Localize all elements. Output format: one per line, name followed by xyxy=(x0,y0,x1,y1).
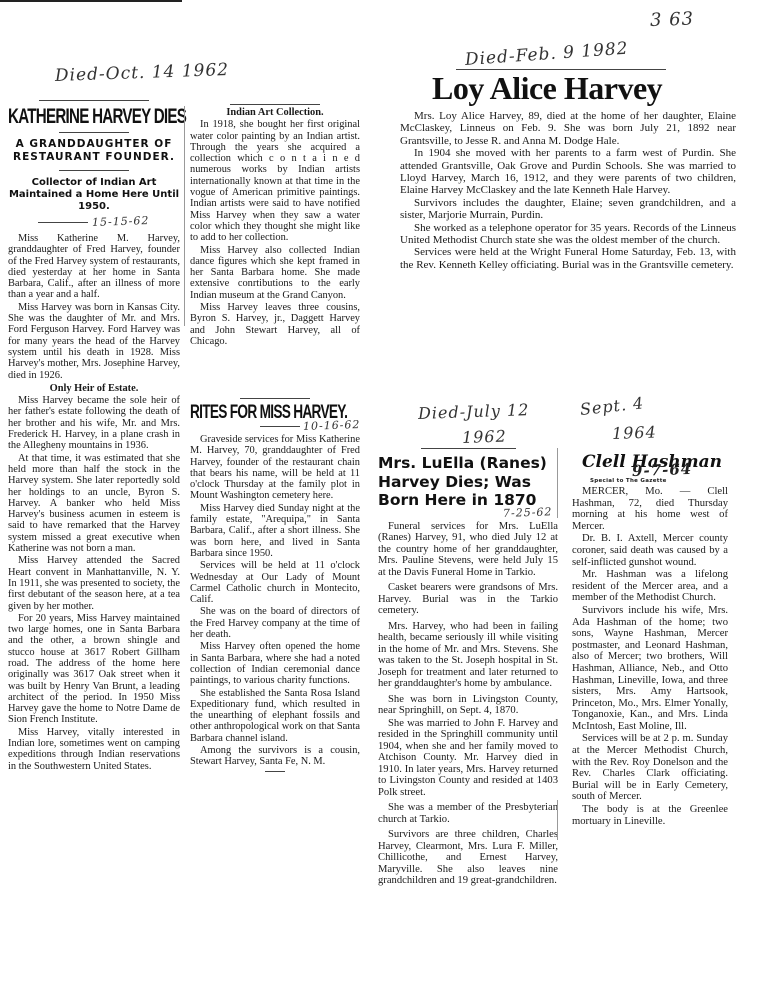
paragraph: Miss Harvey, vitally interested in India… xyxy=(8,727,180,772)
page-number-note: 3 63 xyxy=(650,8,695,31)
katherine-deck-2: Collector of Indian Art Maintained a Hom… xyxy=(8,177,180,213)
handwritten-death-date: Died-Feb. 9 1982 xyxy=(464,39,629,70)
divider xyxy=(240,398,310,399)
katherine-harvey-clipping: KATHERINE HARVEY DIES A GRANDDAUGHTER OF… xyxy=(8,100,180,772)
paragraph: She was on the board of directors of the… xyxy=(190,606,360,640)
paragraph: Graveside services for Miss Katherine M.… xyxy=(190,434,360,502)
headline-row: Clell Hashman 9-7-64 xyxy=(572,452,728,476)
divider xyxy=(59,132,129,133)
paragraph: Mrs. Loy Alice Harvey, 89, died at the h… xyxy=(400,110,736,147)
paragraph: Miss Harvey often opened the home in San… xyxy=(190,641,360,686)
rites-body: Graveside services for Miss Katherine M.… xyxy=(190,434,360,768)
handwritten-death-year: 1962 xyxy=(462,426,507,447)
paragraph: Miss Harvey leaves three cousins, Byron … xyxy=(190,302,360,347)
paragraph: Services will be at 2 p. m. Sunday at th… xyxy=(572,733,728,803)
subhead-indian-art: Indian Art Collection. xyxy=(190,107,360,118)
paragraph: Miss Harvey was born in Kansas City. She… xyxy=(8,302,180,381)
katherine-column-1: Miss Katherine M. Harvey, granddaughter … xyxy=(8,233,180,772)
paragraph: Casket bearers were grandsons of Mrs. Ha… xyxy=(378,582,558,617)
divider xyxy=(59,170,129,171)
paragraph: MERCER, Mo. — Clell Hashman, 72, died Th… xyxy=(572,486,728,532)
katherine-headline: KATHERINE HARVEY DIES xyxy=(8,105,132,129)
divider xyxy=(38,222,88,223)
scan-top-edge xyxy=(0,0,182,2)
loy-alice-harvey-clipping: Loy Alice Harvey Mrs. Loy Alice Harvey, … xyxy=(400,70,736,271)
paragraph: Among the survivors is a cousin, Stewart… xyxy=(190,745,360,768)
handwritten-death-date: Sept. 4 xyxy=(579,393,645,419)
paragraph: Miss Harvey became the sole heir of her … xyxy=(8,395,180,451)
subhead-only-heir: Only Heir of Estate. xyxy=(8,383,180,394)
paragraph: Miss Harvey attended the Sacred Heart co… xyxy=(8,555,180,611)
clell-body: MERCER, Mo. — Clell Hashman, 72, died Th… xyxy=(572,486,728,827)
paragraph: Survivors are three children, Charles Ha… xyxy=(378,829,558,887)
clip-date-row: 15-15-62 xyxy=(8,216,180,229)
paragraph: For 20 years, Miss Harvey maintained two… xyxy=(8,613,180,726)
divider xyxy=(230,104,320,105)
paragraph: Survivors include his wife, Mrs. Ada Has… xyxy=(572,605,728,733)
column-divider xyxy=(557,448,558,518)
column-divider xyxy=(184,106,185,326)
clip-date-note: 10-16-62 xyxy=(302,418,360,433)
paragraph: Dr. B. I. Axtell, Mercer county coroner,… xyxy=(572,533,728,568)
divider xyxy=(421,448,516,449)
paragraph: Miss Katherine M. Harvey, granddaughter … xyxy=(8,233,180,301)
paragraph: She established the Santa Rosa Island Ex… xyxy=(190,688,360,744)
paragraph: She was born in Livingston County, near … xyxy=(378,694,558,717)
paragraph: The body is at the Greenlee mortuary in … xyxy=(572,804,728,827)
paragraph: Funeral services for Mrs. LuElla (Ranes)… xyxy=(378,521,558,579)
paragraph: She worked as a telephone operator for 3… xyxy=(400,222,736,247)
paragraph: In 1904 she moved with her parents to a … xyxy=(400,147,736,197)
katherine-harvey-continued: Indian Art Collection. In 1918, she boug… xyxy=(190,104,360,347)
paragraph: In 1918, she bought her first original w… xyxy=(190,119,360,243)
luella-harvey-clipping: Mrs. LuElla (Ranes) Harvey Dies; Was Bor… xyxy=(378,448,558,887)
paragraph: Mr. Hashman was a lifelong resident of t… xyxy=(572,569,728,604)
handwritten-death-year: 1964 xyxy=(612,422,657,443)
paragraph: She was married to John F. Harvey and re… xyxy=(378,718,558,799)
paragraph: Services were held at the Wright Funeral… xyxy=(400,246,736,271)
paragraph: Miss Harvey died Sunday night at the fam… xyxy=(190,503,360,559)
handwritten-death-date: Died-July 12 xyxy=(418,400,530,423)
katherine-deck-1: A GRANDDAUGHTER OF RESTAURANT FOUNDER. xyxy=(8,138,180,164)
divider xyxy=(39,100,149,101)
katherine-column-2: Indian Art Collection. In 1918, she boug… xyxy=(190,107,360,347)
clip-date-note: 15-15-62 xyxy=(92,214,150,229)
paragraph: Mrs. Harvey, who had been in failing hea… xyxy=(378,621,558,690)
paragraph: Survivors includes the daughter, Elaine;… xyxy=(400,197,736,222)
clell-hashman-clipping: Clell Hashman 9-7-64 Special to The Gaze… xyxy=(572,452,728,827)
paragraph: She was a member of the Presbyterian chu… xyxy=(378,802,558,825)
loy-headline: Loy Alice Harvey xyxy=(400,70,736,107)
luella-body: Funeral services for Mrs. LuElla (Ranes)… xyxy=(378,521,558,887)
clip-date-note: 9-7-64 xyxy=(632,460,693,480)
paragraph: Miss Harvey also collected Indian dance … xyxy=(190,245,360,301)
paragraph: Services will be held at 11 o'clock Wedn… xyxy=(190,560,360,605)
luella-headline: Mrs. LuElla (Ranes) Harvey Dies; Was Bor… xyxy=(378,454,558,510)
end-rule xyxy=(265,771,285,772)
divider xyxy=(260,426,300,427)
paragraph: At that time, it was estimated that she … xyxy=(8,453,180,555)
loy-body: Mrs. Loy Alice Harvey, 89, died at the h… xyxy=(400,110,736,271)
rites-headline: RITES FOR MISS HARVEY. xyxy=(190,402,312,422)
rites-clipping: RITES FOR MISS HARVEY. 10-16-62 Gravesid… xyxy=(190,398,360,772)
column-divider xyxy=(557,800,558,840)
clip-date-note: 7-25-62 xyxy=(502,505,552,520)
handwritten-death-date: Died-Oct. 14 1962 xyxy=(55,60,230,86)
